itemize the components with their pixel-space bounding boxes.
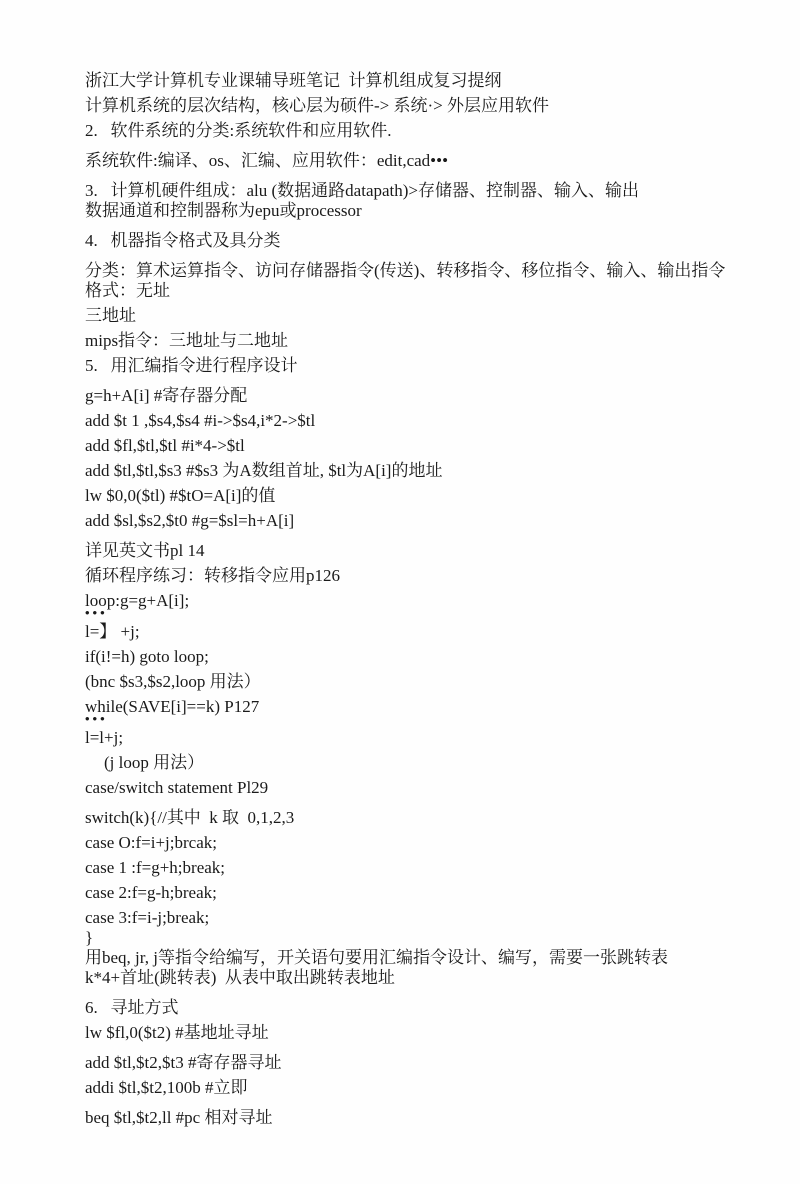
doc-line: 4. 机器指令格式及具分类 [85,231,760,250]
doc-line: 三地址 [85,306,760,325]
doc-line: beq $tl,$t2,ll #pc 相对寻址 [85,1108,760,1127]
doc-line: k*4+首址(跳转表) 从表中取出跳转表地址 [85,968,760,987]
doc-line: 数据通道和控制器称为epu或processor [85,201,760,220]
doc-line: 6. 寻址方式 [85,998,760,1017]
doc-line: add $t 1 ,$s4,$s4 #i->$s4,i*2->$tl [85,411,760,430]
doc-line: switch(k){//其中 k 取 0,1,2,3 [85,808,760,827]
document-title-line: 浙江大学计算机专业课辅导班笔记 计算机组成复习提纲 [85,71,760,90]
doc-line: lw $fl,0($t2) #基地址寻址 [85,1023,760,1042]
doc-line: 系统软件:编译、os、汇编、应用软件：edit,cad••• [85,151,760,170]
doc-line: l=】 +j; [85,622,760,641]
doc-line: 格式：无址 [85,281,760,300]
doc-line: add $fl,$tl,$tl #i*4->$tl [85,436,760,455]
doc-line: case 2:f=g-h;break; [85,883,760,902]
doc-line: case 1 :f=g+h;break; [85,858,760,877]
doc-line: addi $tl,$t2,100b #立即 [85,1078,760,1097]
doc-line: 3. 计算机硬件组成：alu (数据通路datapath)>存储器、控制器、输入… [85,181,760,200]
doc-line: g=h+A[i] #寄存器分配 [85,386,760,405]
doc-line: (bnc $s3,$s2,loop 用法） [85,672,760,691]
doc-line: l=l+j; [85,728,760,747]
doc-line: case O:f=i+j;brcak; [85,833,760,852]
doc-line: add $tl,$tl,$s3 #$s3 为A数组首址, $tl为A[i]的地址 [85,461,760,480]
document-text-block: 浙江大学计算机专业课辅导班笔记 计算机组成复习提纲计算机系统的层次结构，核心层为… [85,71,760,1127]
doc-line: 详见英文书pl 14 [85,541,760,560]
doc-line: 2. 软件系统的分类:系统软件和应用软件. [85,121,760,140]
doc-line: (j loop 用法） [85,753,760,772]
doc-line: 用beq, jr, j等指令给编写，开关语句要用汇编指令设计、编写，需要一张跳转… [85,948,760,967]
doc-line: add $sl,$s2,$t0 #g=$sl=h+A[i] [85,511,760,530]
doc-line: } [85,928,760,947]
doc-line: 计算机系统的层次结构，核心层为硕件-> 系统·> 外层应用软件 [85,96,760,115]
doc-line: 5. 用汇编指令进行程序设计 [85,356,760,375]
doc-line: lw $0,0($tl) #$tO=A[i]的值 [85,486,760,505]
doc-line: add $tl,$t2,$t3 #寄存器寻址 [85,1053,760,1072]
doc-line: 分类：算术运算指令、访问存储器指令(传送)、转移指令、移位指令、输入、输出指令 [85,261,760,280]
doc-line: case/switch statement Pl29 [85,778,760,797]
doc-line: 循环程序练习：转移指令应用p126 [85,566,760,585]
scanned-notes-page: 浙江大学计算机专业课辅导班笔记 计算机组成复习提纲计算机系统的层次结构，核心层为… [0,0,800,1184]
doc-line: if(i!=h) goto loop; [85,647,760,666]
doc-line: mips指令：三地址与二地址 [85,331,760,350]
doc-line: case 3:f=i-j;break; [85,908,760,927]
